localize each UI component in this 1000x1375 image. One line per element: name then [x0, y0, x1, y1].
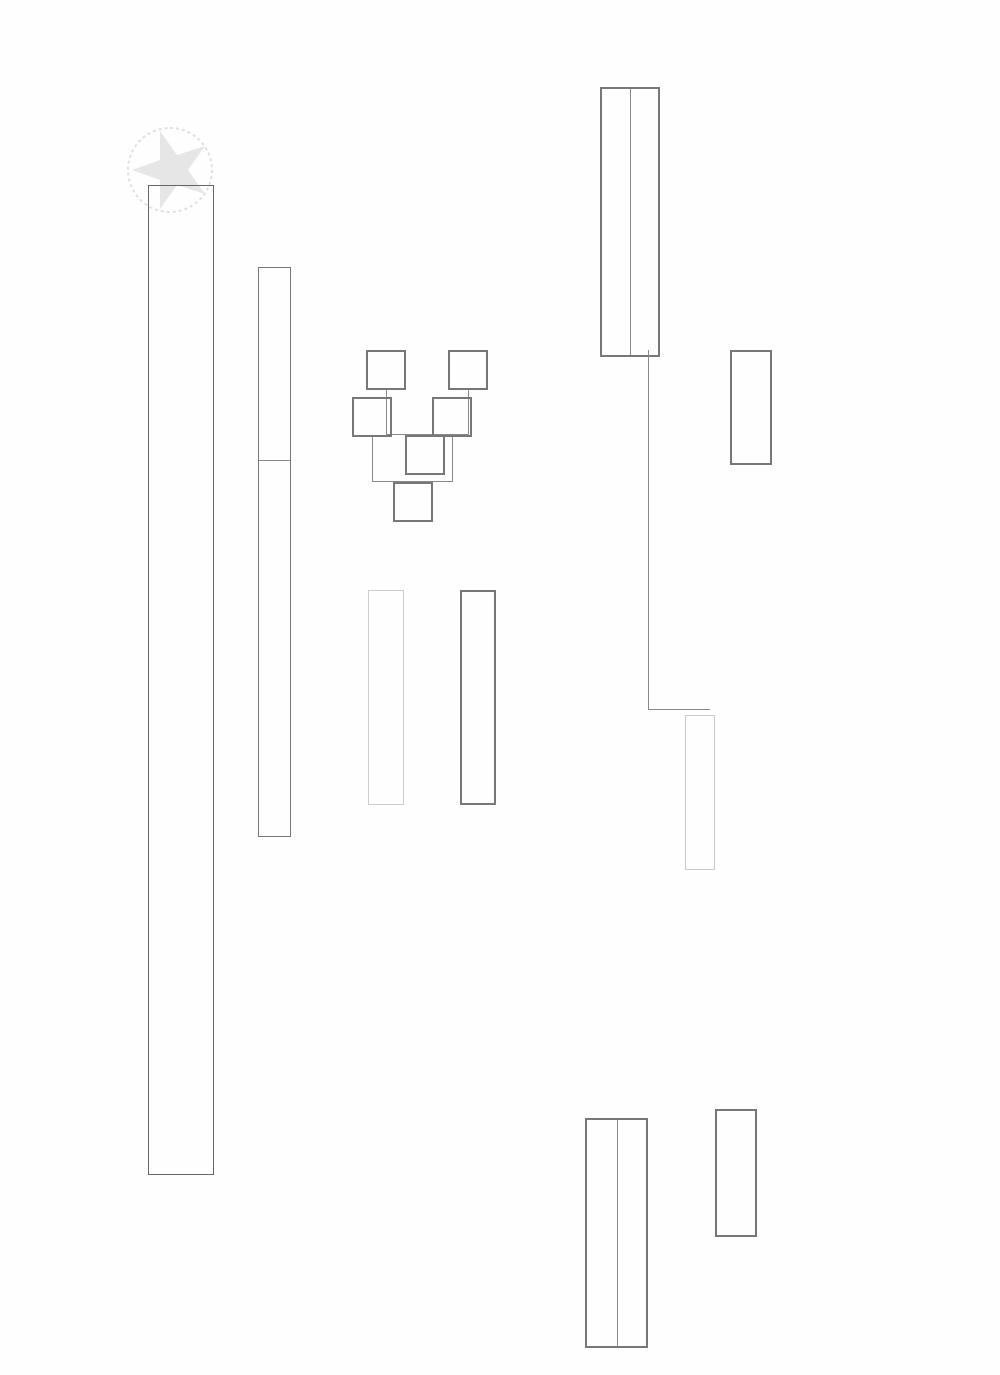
pool-b-r1-bottom — [432, 397, 472, 437]
second-place-box — [460, 590, 496, 805]
protocol-sheet — [0, 0, 1000, 1375]
event-title-box — [148, 185, 214, 1175]
pool-a-table — [346, 5, 514, 255]
pool-a-r1-top — [366, 350, 406, 390]
a1-entry-box — [730, 350, 772, 465]
pool-b-table — [332, 1020, 500, 1370]
b1-entry-box — [715, 1109, 757, 1237]
a1-entry-box-top — [600, 87, 660, 357]
pool-a-r1-bottom — [448, 350, 488, 390]
a1-third-box — [685, 715, 715, 870]
event-title-line1 — [149, 186, 155, 1174]
b1-entry-box-top — [585, 1118, 648, 1348]
category-box — [258, 267, 291, 837]
pool-b-winner — [393, 482, 433, 522]
pool-b-r1-top — [352, 397, 392, 437]
pool-a-winner — [405, 435, 445, 475]
first-place-box — [368, 590, 404, 805]
